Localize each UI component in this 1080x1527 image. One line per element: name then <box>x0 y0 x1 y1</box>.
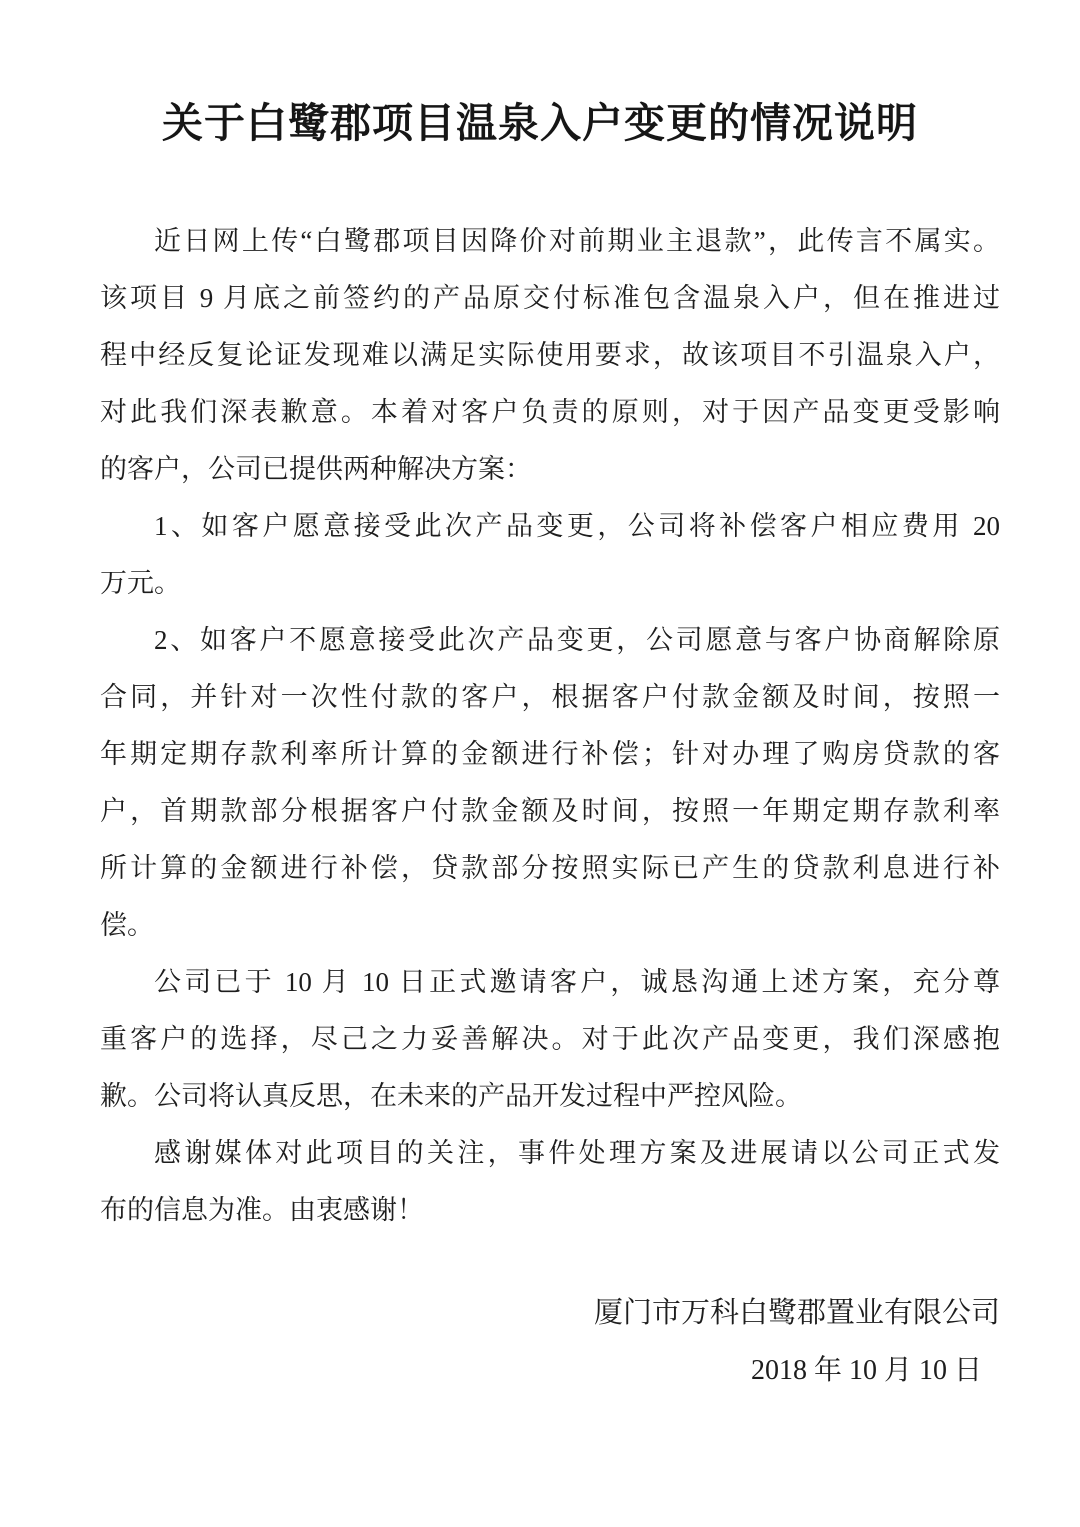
body-line: 所计算的金额进行补偿，贷款部分按照实际已产生的贷款利息进行补 <box>100 840 1000 897</box>
document-page: 关于白鹭郡项目温泉入户变更的情况说明 近日网上传“白鹭郡项目因降价对前期业主退款… <box>0 0 1080 1527</box>
body-line: 感谢媒体对此项目的关注，事件处理方案及进展请以公司正式发 <box>100 1125 1000 1182</box>
body-line: 公司已于 10 月 10 日正式邀请客户，诚恳沟通上述方案，充分尊 <box>100 954 1000 1011</box>
paragraph: 感谢媒体对此项目的关注，事件处理方案及进展请以公司正式发布的信息为准。由衷感谢！ <box>100 1125 1000 1239</box>
document-title: 关于白鹭郡项目温泉入户变更的情况说明 <box>40 98 1040 148</box>
body-line: 该项目 9 月底之前签约的产品原交付标准包含温泉入户，但在推进过 <box>100 270 1000 327</box>
paragraph: 近日网上传“白鹭郡项目因降价对前期业主退款”，此传言不属实。该项目 9 月底之前… <box>100 213 1000 498</box>
body-line: 年期定期存款利率所计算的金额进行补偿；针对办理了购房贷款的客 <box>100 726 1000 783</box>
paragraph: 公司已于 10 月 10 日正式邀请客户，诚恳沟通上述方案，充分尊重客户的选择，… <box>100 954 1000 1125</box>
body-line: 歉。公司将认真反思，在未来的产品开发过程中严控风险。 <box>100 1068 1000 1125</box>
body-line: 户，首期款部分根据客户付款金额及时间，按照一年期定期存款利率 <box>100 783 1000 840</box>
body-line: 对此我们深表歉意。本着对客户负责的原则，对于因产品变更受影响 <box>100 384 1000 441</box>
date-line: 2018 年 10 月 10 日 <box>0 1342 982 1399</box>
body-line: 的客户，公司已提供两种解决方案： <box>100 441 1000 498</box>
body-line: 1、如客户愿意接受此次产品变更，公司将补偿客户相应费用 20 <box>100 498 1000 555</box>
body-line: 布的信息为准。由衷感谢！ <box>100 1182 1000 1239</box>
body-line: 2、如客户不愿意接受此次产品变更，公司愿意与客户协商解除原 <box>100 612 1000 669</box>
body-line: 合同，并针对一次性付款的客户，根据客户付款金额及时间，按照一 <box>100 669 1000 726</box>
paragraph: 1、如客户愿意接受此次产品变更，公司将补偿客户相应费用 20万元。 <box>100 498 1000 612</box>
body-line: 偿。 <box>100 897 1000 954</box>
body-line: 程中经反复论证发现难以满足实际使用要求，故该项目不引温泉入户， <box>100 327 1000 384</box>
paragraph: 2、如客户不愿意接受此次产品变更，公司愿意与客户协商解除原合同，并针对一次性付款… <box>100 612 1000 954</box>
body-line: 万元。 <box>100 555 1000 612</box>
body-line: 近日网上传“白鹭郡项目因降价对前期业主退款”，此传言不属实。 <box>100 213 1000 270</box>
body-line: 重客户的选择，尽己之力妥善解决。对于此次产品变更，我们深感抱 <box>100 1011 1000 1068</box>
document-body: 近日网上传“白鹭郡项目因降价对前期业主退款”，此传言不属实。该项目 9 月底之前… <box>100 213 1000 1239</box>
signature-line: 厦门市万科白鹭郡置业有限公司 <box>0 1285 1000 1342</box>
